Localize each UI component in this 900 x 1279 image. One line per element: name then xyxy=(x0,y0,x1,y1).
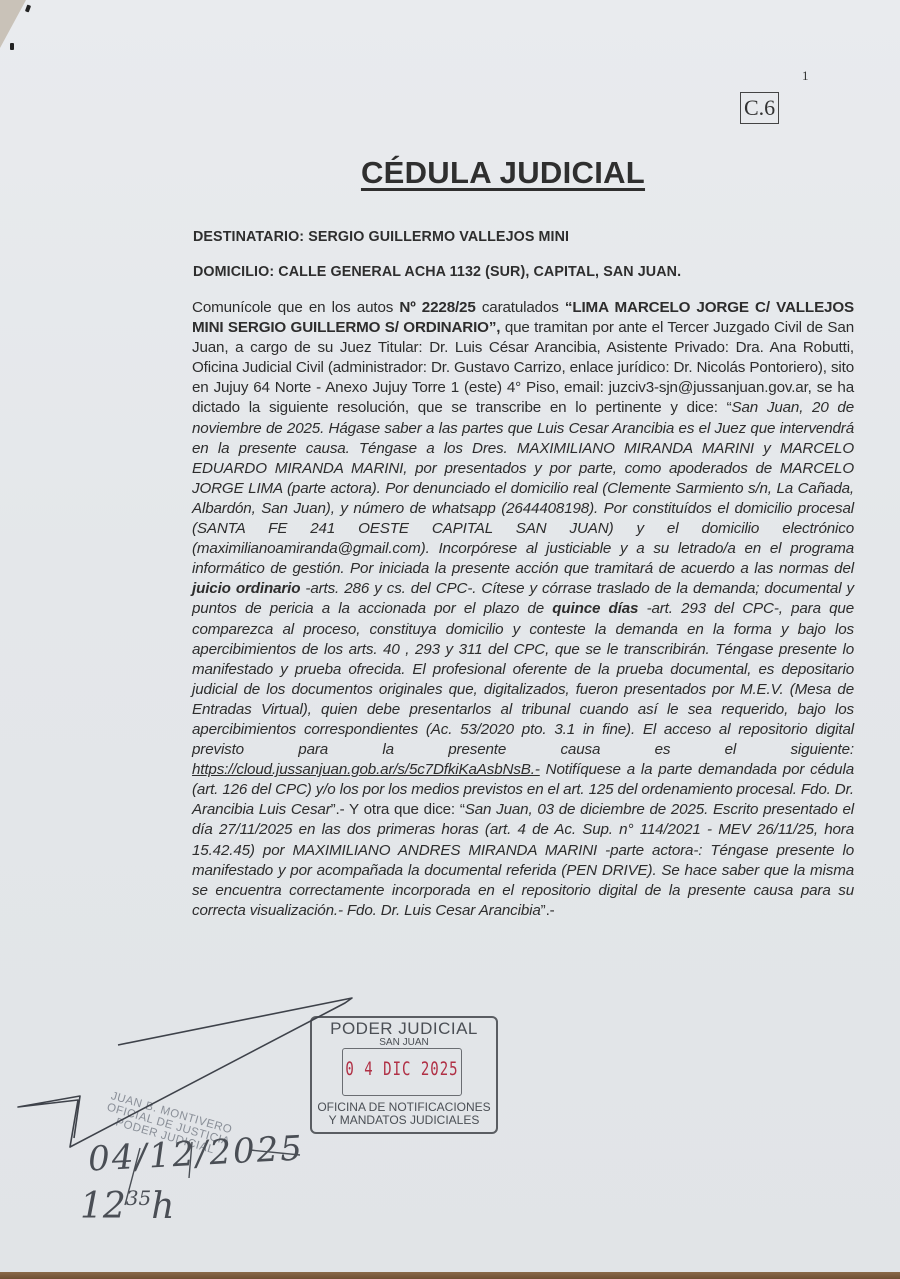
resolution-text: San Juan, 20 de noviembre de 2025. Hágas… xyxy=(192,399,854,577)
staple-mark xyxy=(25,5,31,13)
staple-mark xyxy=(10,43,14,50)
repository-link[interactable]: https://cloud.jussanjuan.gob.ar/s/5c7Dfk… xyxy=(192,761,540,778)
recipient-line: DESTINATARIO: SERGIO GUILLERMO VALLEJOS … xyxy=(193,229,569,245)
reception-stamp: PODER JUDICIAL SAN JUAN 0 4 DIC 2025 OFI… xyxy=(310,1016,498,1134)
notification-body: Comunícole que en los autos Nº 2228/25 c… xyxy=(192,298,854,921)
copy-label: C.6 xyxy=(740,92,779,124)
address-line: DOMICILIO: CALLE GENERAL ACHA 1132 (SUR)… xyxy=(193,264,681,280)
page-number: 1 xyxy=(802,68,809,84)
document-title: CÉDULA JUDICIAL xyxy=(0,155,900,191)
second-resolution-text: San Juan, 03 de diciembre de 2025. Escri… xyxy=(192,801,854,918)
folded-corner xyxy=(0,0,26,48)
stamp-date: 0 4 DIC 2025 xyxy=(343,1060,461,1081)
document-page: 1 C.6 CÉDULA JUDICIAL DESTINATARIO: SERG… xyxy=(0,0,900,1272)
handwritten-date: 04/12/2025 xyxy=(87,1128,305,1179)
case-number: Nº 2228/25 xyxy=(399,299,475,316)
handwritten-time: 1235h xyxy=(80,1186,174,1227)
table-surface xyxy=(0,1272,900,1279)
